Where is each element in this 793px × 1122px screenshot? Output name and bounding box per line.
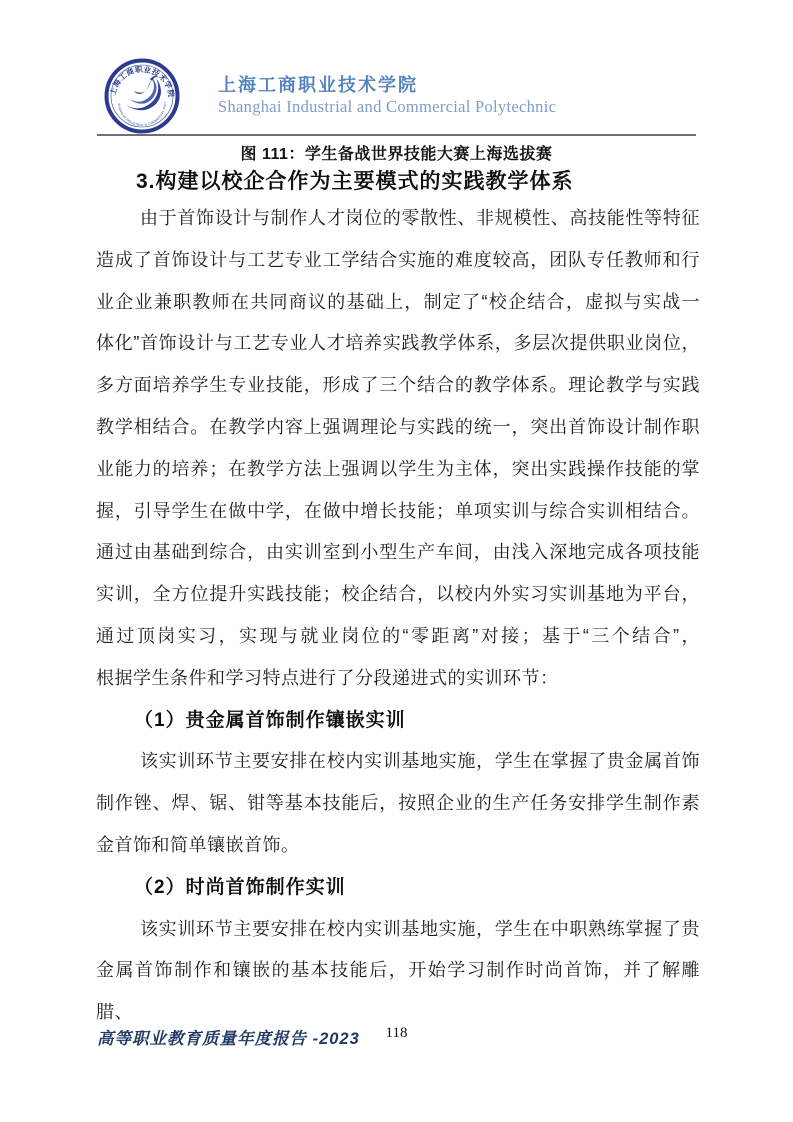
text-line: 该实训环节主要安排在校内实训基地实施，学生在掌握了贵金属首饰 (96, 741, 700, 783)
paragraph-2: 该实训环节主要安排在校内实训基地实施，学生在掌握了贵金属首饰制作锉、焊、锯、钳等… (96, 741, 700, 866)
text-line: 金属首饰制作和镶嵌的基本技能后，开始学习制作时尚首饰，并了解雕腊、 (96, 950, 700, 1034)
body-text-flow: 由于首饰设计与制作人才岗位的零散性、非规模性、高技能性等特征造成了首饰设计与工艺… (96, 198, 700, 1034)
text-line: 通过由基础到综合，由实训室到小型生产车间，由浅入深地完成各项技能 (96, 532, 700, 574)
text-line: 根据学生条件和学习特点进行了分段递进式的实训环节： (96, 658, 700, 700)
figure-caption: 图 111：学生备战世界技能大赛上海选拔赛 (97, 141, 696, 164)
text-line: 通过顶岗实习，实现与就业岗位的“零距离”对接；基于“三个结合”， (96, 616, 700, 658)
text-line: 该实训环节主要安排在校内实训基地实施，学生在中职熟练掌握了贵 (96, 909, 700, 951)
page-number: 118 (0, 1025, 793, 1042)
school-name-cn: 上海工商职业技术学院 (218, 71, 418, 97)
paragraph-3: 该实训环节主要安排在校内实训基地实施，学生在中职熟练掌握了贵金属首饰制作和镶嵌的… (96, 909, 700, 1034)
text-line: 教学相结合。在教学内容上强调理论与实践的统一，突出首饰设计制作职 (96, 407, 700, 449)
text-line: 由于首饰设计与制作人才岗位的零散性、非规模性、高技能性等特征 (96, 198, 700, 240)
document-body: 3.构建以校企合作为主要模式的实践教学体系 由于首饰设计与制作人才岗位的零散性、… (96, 165, 700, 1034)
document-page: 上海工商职业技术学院 SHANGHAI INDUSTRIAL & COMMERC… (0, 0, 793, 1122)
text-line: 业能力的培养；在教学方法上强调以学生为主体，突出实践操作技能的掌 (96, 449, 700, 491)
text-line: 业企业兼职教师在共同商议的基础上，制定了“校企结合，虚拟与实战一 (96, 282, 700, 324)
text-line: 金首饰和简单镶嵌首饰。 (96, 825, 700, 867)
subsection-heading-2: （2）时尚首饰制作实训 (96, 867, 700, 909)
section-heading: 3.构建以校企合作为主要模式的实践教学体系 (96, 165, 700, 198)
text-line: 多方面培养学生专业技能，形成了三个结合的教学体系。理论教学与实践 (96, 365, 700, 407)
text-line: 握，引导学生在做中学，在做中增长技能；单项实训与综合实训相结合。 (96, 491, 700, 533)
text-line: 造成了首饰设计与工艺专业工学结合实施的难度较高，团队专任教师和行 (96, 240, 700, 282)
school-seal-logo-icon: 上海工商职业技术学院 SHANGHAI INDUSTRIAL & COMMERC… (104, 58, 180, 134)
paragraph-1: 由于首饰设计与制作人才岗位的零散性、非规模性、高技能性等特征造成了首饰设计与工艺… (96, 198, 700, 700)
text-line: 制作锉、焊、锯、钳等基本技能后，按照企业的生产任务安排学生制作素 (96, 783, 700, 825)
subsection-heading-1: （1）贵金属首饰制作镶嵌实训 (96, 700, 700, 742)
school-name-en: Shanghai Industrial and Commercial Polyt… (218, 97, 556, 117)
header-divider (97, 134, 696, 136)
text-line: 实训，全方位提升实践技能；校企结合，以校内外实习实训基地为平台， (96, 574, 700, 616)
text-line: 体化”首饰设计与工艺专业人才培养实践教学体系，多层次提供职业岗位， (96, 323, 700, 365)
